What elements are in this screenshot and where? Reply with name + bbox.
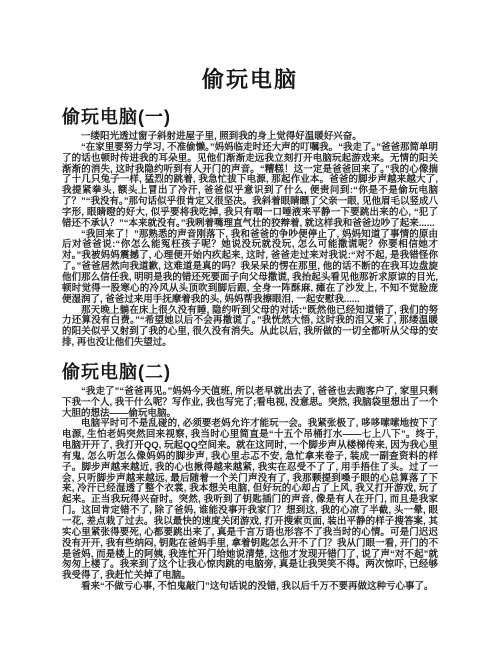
section-2-paragraph-1: “我走了”“爸爸再见。”妈妈今天值班, 所以老早就出去了, 爸爸也去跑客户了, … <box>62 387 438 420</box>
section-1-heading: 偷玩电脑(一) <box>62 103 437 129</box>
section-2-heading: 偷玩电脑(二) <box>62 358 437 384</box>
section-2-paragraph-3: 看来“不做亏心事, 不怕鬼敲门”这句话说的没错, 我以后千万不要再做这种亏心事了… <box>62 582 438 593</box>
section-1-paragraph-4: 那天晚上躺在床上很久没有睡, 隐约听到父母的对话:“既然他已经知道错了, 我们的… <box>62 306 438 349</box>
section-2-body: “我走了”“爸爸再见。”妈妈今天值班, 所以老早就出去了, 爸爸也去跑客户了, … <box>62 387 438 593</box>
section-1-paragraph-2: “在家里要努力学习, 不准偷懒。”妈妈临走时还大声的叮嘱我。“我走了。”爸爸那简… <box>62 143 438 230</box>
section-1-paragraph-3: “我回来了！”那熟悉的声音刚落下, 我和爸爸的争吵便停止了, 妈妈知道了事情的原… <box>62 230 438 306</box>
document-page: 偷玩电脑 偷玩电脑(一) 一缕阳光透过窗子斜射进屋子里, 照到我的身上觉得好温暖… <box>0 0 500 647</box>
section-2-paragraph-2: 电脑平时可不是乱碰的, 必须要老妈允许才能玩一会。我紧张极了, 哆哆嗦嗦地按下了… <box>62 419 438 582</box>
section-1-body: 一缕阳光透过窗子斜射进屋子里, 照到我的身上觉得好温暖好兴奋。 “在家里要努力学… <box>62 132 438 349</box>
document-title: 偷玩电脑 <box>0 0 500 94</box>
